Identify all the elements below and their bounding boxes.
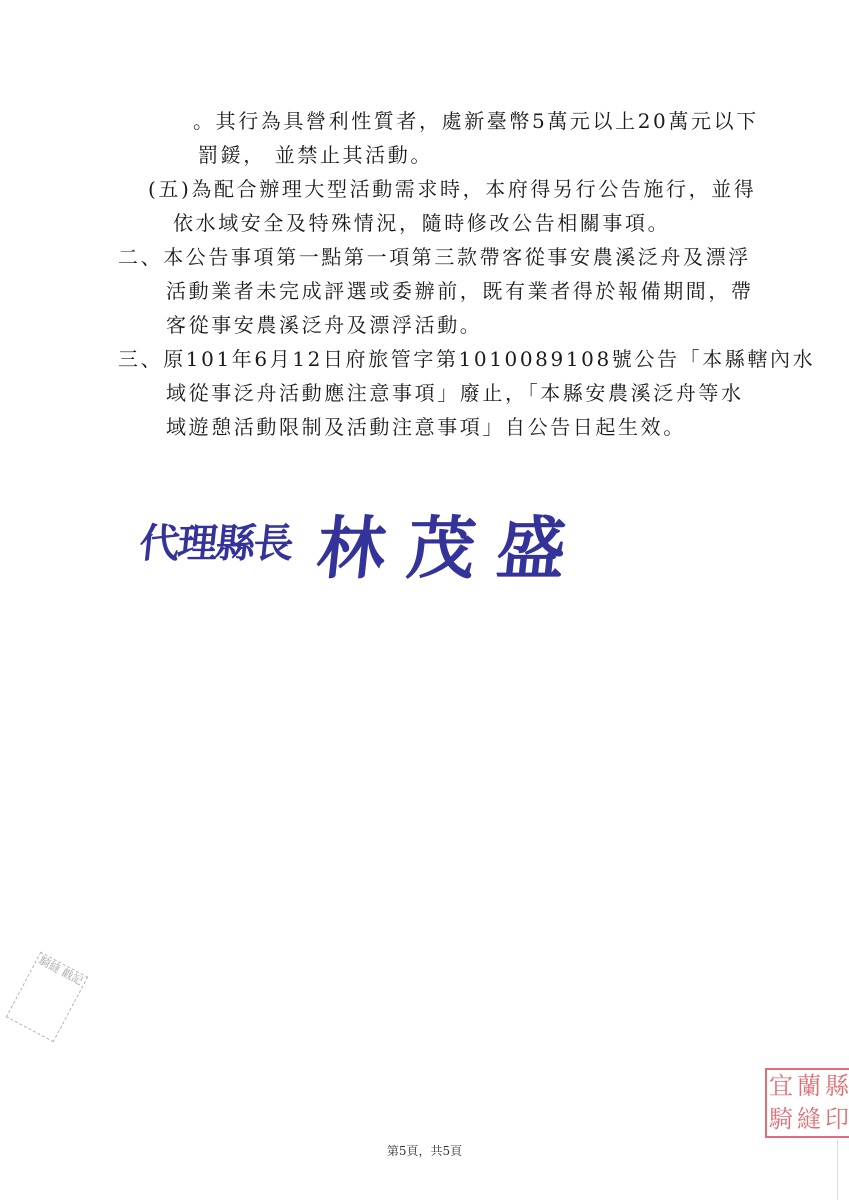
seal-char: 蘭	[795, 1070, 823, 1103]
text-line: 。其行為具營利性質者，處新臺幣5萬元以上20萬元以下	[193, 108, 759, 134]
seam-stamp-text: 騎縫 戳記	[37, 954, 85, 988]
text-line: 活動業者未完成評選或委辦前，既有業者得於報備期間，帶	[166, 278, 754, 304]
text-line: 域遊憩活動限制及活動注意事項」自公告日起生效。	[166, 414, 686, 440]
page-number: 第5頁，共5頁	[0, 1142, 849, 1159]
seal-char: 宜	[767, 1070, 795, 1103]
text-line: 二、本公告事項第一點第一項第三款帶客從事安農溪泛舟及漂浮	[118, 244, 751, 270]
seal-char: 印	[823, 1103, 849, 1136]
signature-name: 林茂盛	[313, 495, 593, 592]
signature-title: 代理縣長	[137, 512, 295, 569]
seam-stamp: 騎縫 戳記	[6, 952, 88, 1043]
text-line: (五)為配合辦理大型活動需求時，本府得另行公告施行，並得	[148, 176, 756, 202]
seal-char: 縣	[823, 1070, 849, 1103]
seal-char: 騎	[767, 1103, 795, 1136]
text-line: 客從事安農溪泛舟及漂浮活動。	[166, 312, 482, 338]
seal-char: 縫	[795, 1103, 823, 1136]
official-seal: 宜 蘭 縣 騎 縫 印	[765, 1068, 849, 1138]
text-line: 域從事泛舟活動應注意事項」廢止，「本縣安農溪泛舟等水	[166, 380, 744, 406]
text-line: 罰鍰， 並禁止其活動。	[198, 142, 433, 168]
text-line: 依水域安全及特殊情況，隨時修改公告相關事項。	[173, 210, 670, 236]
text-line: 三、原101年6月12日府旅管字第1010089108號公告「本縣轄內水	[118, 346, 815, 372]
document-page: 。其行為具營利性質者，處新臺幣5萬元以上20萬元以下 罰鍰， 並禁止其活動。 (…	[0, 0, 849, 1200]
